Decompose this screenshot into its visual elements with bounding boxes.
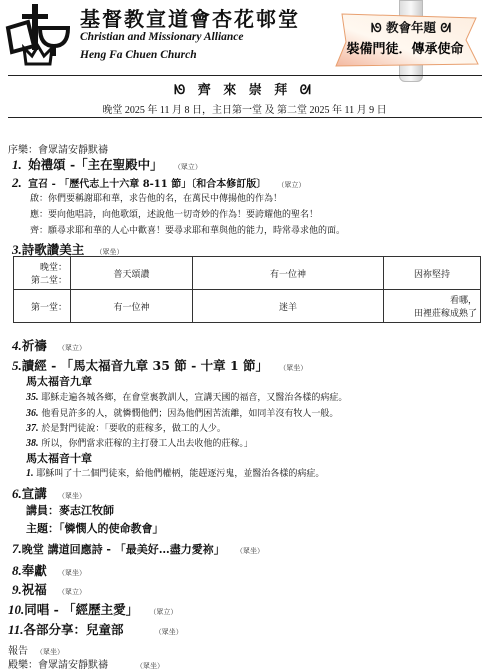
theme-banner-label: ᘚ 教會年題 ᘛ: [346, 18, 476, 36]
verse: 35. 耶穌走遍各城各鄉，在會堂裏教訓人，宣講天國的福音，又醫治各樣的病症。: [26, 390, 347, 403]
order-item-11: 11.各部分享：兒童部 （眾坐）: [8, 620, 183, 638]
verse: 1. 耶穌叫了十二個門徒來，給他們權柄，能趕逐污鬼，並醫治各樣的病症。: [26, 466, 324, 479]
order-item-5: 5.讀經 - 「馬太福音九章 35 節 - 十章 1 節」 （眾坐）: [12, 356, 307, 374]
service-title: ᘚ 齊 來 崇 拜 ᘛ: [0, 79, 489, 98]
verse: 38. 所以，你們當求莊稼的主打發工人出去收他的莊稼。」: [26, 436, 253, 449]
service-cell: 晚堂： 第二堂：: [14, 257, 71, 290]
sermon-speaker: 講員：麥志江牧師: [26, 502, 114, 518]
church-name-en-2: Heng Fa Chuen Church: [80, 49, 197, 61]
divider: [8, 75, 482, 76]
order-item-4: 4.祈禱 （眾立）: [12, 336, 86, 354]
order-item-9: 9.祝福 （眾立）: [12, 580, 86, 598]
order-item-1: 1. 始禮頌 -「主在聖殿中」 （眾立）: [12, 155, 202, 173]
song-cell: 因祢堅持: [384, 257, 481, 290]
song-cell: 有一位神: [71, 290, 193, 323]
service-date: 晚堂 2025 年 11 月 8 日，主日第一堂 及 第二堂 2025 年 11…: [0, 101, 489, 116]
announcements: 報告（眾坐）: [8, 642, 64, 657]
sermon-topic: 主題：「憐憫人的使命教會」: [26, 520, 164, 536]
song-cell: 普天頌讚: [71, 257, 193, 290]
order-item-8: 8.奉獻 （眾坐）: [12, 561, 86, 579]
order-item-7: 7.晚堂 講道回應詩 - 「最美好…盡力愛祢」 （眾坐）: [12, 541, 264, 557]
verse: 37. 於是對門徒說：「要收的莊稼多，做工的人少。: [26, 421, 226, 434]
church-name-zh: 基督教宣道會杏花邨堂: [80, 3, 300, 32]
order-item-2: 2. 宣召 - 「歷代志上十六章 8-11 節」〔和合本修訂版〕 （眾立）: [12, 175, 305, 191]
order-item-10: 10.同唱 - 「經歷主愛」 （眾立）: [8, 600, 177, 618]
song-cell: 看哪， 田裡莊稼成熟了: [384, 290, 481, 323]
verse: 36. 他看見許多的人，就憐憫他們；因為他們困苦流離，如同羊沒有牧人一般。: [26, 406, 338, 419]
theme-banner-motto: 裝備門徒．傳承使命: [334, 38, 476, 57]
song-cell: 迷羊: [193, 290, 384, 323]
church-name-en-1: Christian and Missionary Alliance: [80, 31, 244, 43]
service-cell: 第一堂：: [14, 290, 71, 323]
table-row: 晚堂： 第二堂： 普天頌讚 有一位神 因祢堅持: [14, 257, 481, 290]
song-cell: 有一位神: [193, 257, 384, 290]
table-row: 第一堂： 有一位神 迷羊 看哪， 田裡莊稼成熟了: [14, 290, 481, 323]
call-response-leader: 啟：你們要稱謝耶和華，求告他的名，在萬民中傳揚他的作為！: [30, 191, 282, 204]
hymns-table: 晚堂： 第二堂： 普天頌讚 有一位神 因祢堅持 第一堂： 有一位神 迷羊 看哪，…: [13, 256, 481, 323]
church-logo-icon: [4, 2, 72, 68]
scripture-heading-ch10: 馬太福音十章: [26, 450, 92, 466]
prelude: 序樂：會眾請安靜默禱: [8, 141, 108, 156]
postlude: 殿樂：會眾請安靜默禱（眾坐）: [8, 656, 164, 671]
call-response-congregation: 應：要向他唱詩，向他歌頌，述說他一切奇妙的作為！要誇耀他的聖名！: [30, 207, 318, 220]
scripture-heading-ch9: 馬太福音九章: [26, 373, 92, 389]
call-response-together: 齊：願尋求耶和華的人心中歡喜！要尋求耶和華與他的能力，時常尋求他的面。: [30, 223, 345, 236]
order-item-6: 6.宣講 （眾坐）: [12, 484, 86, 502]
divider: [8, 117, 482, 118]
